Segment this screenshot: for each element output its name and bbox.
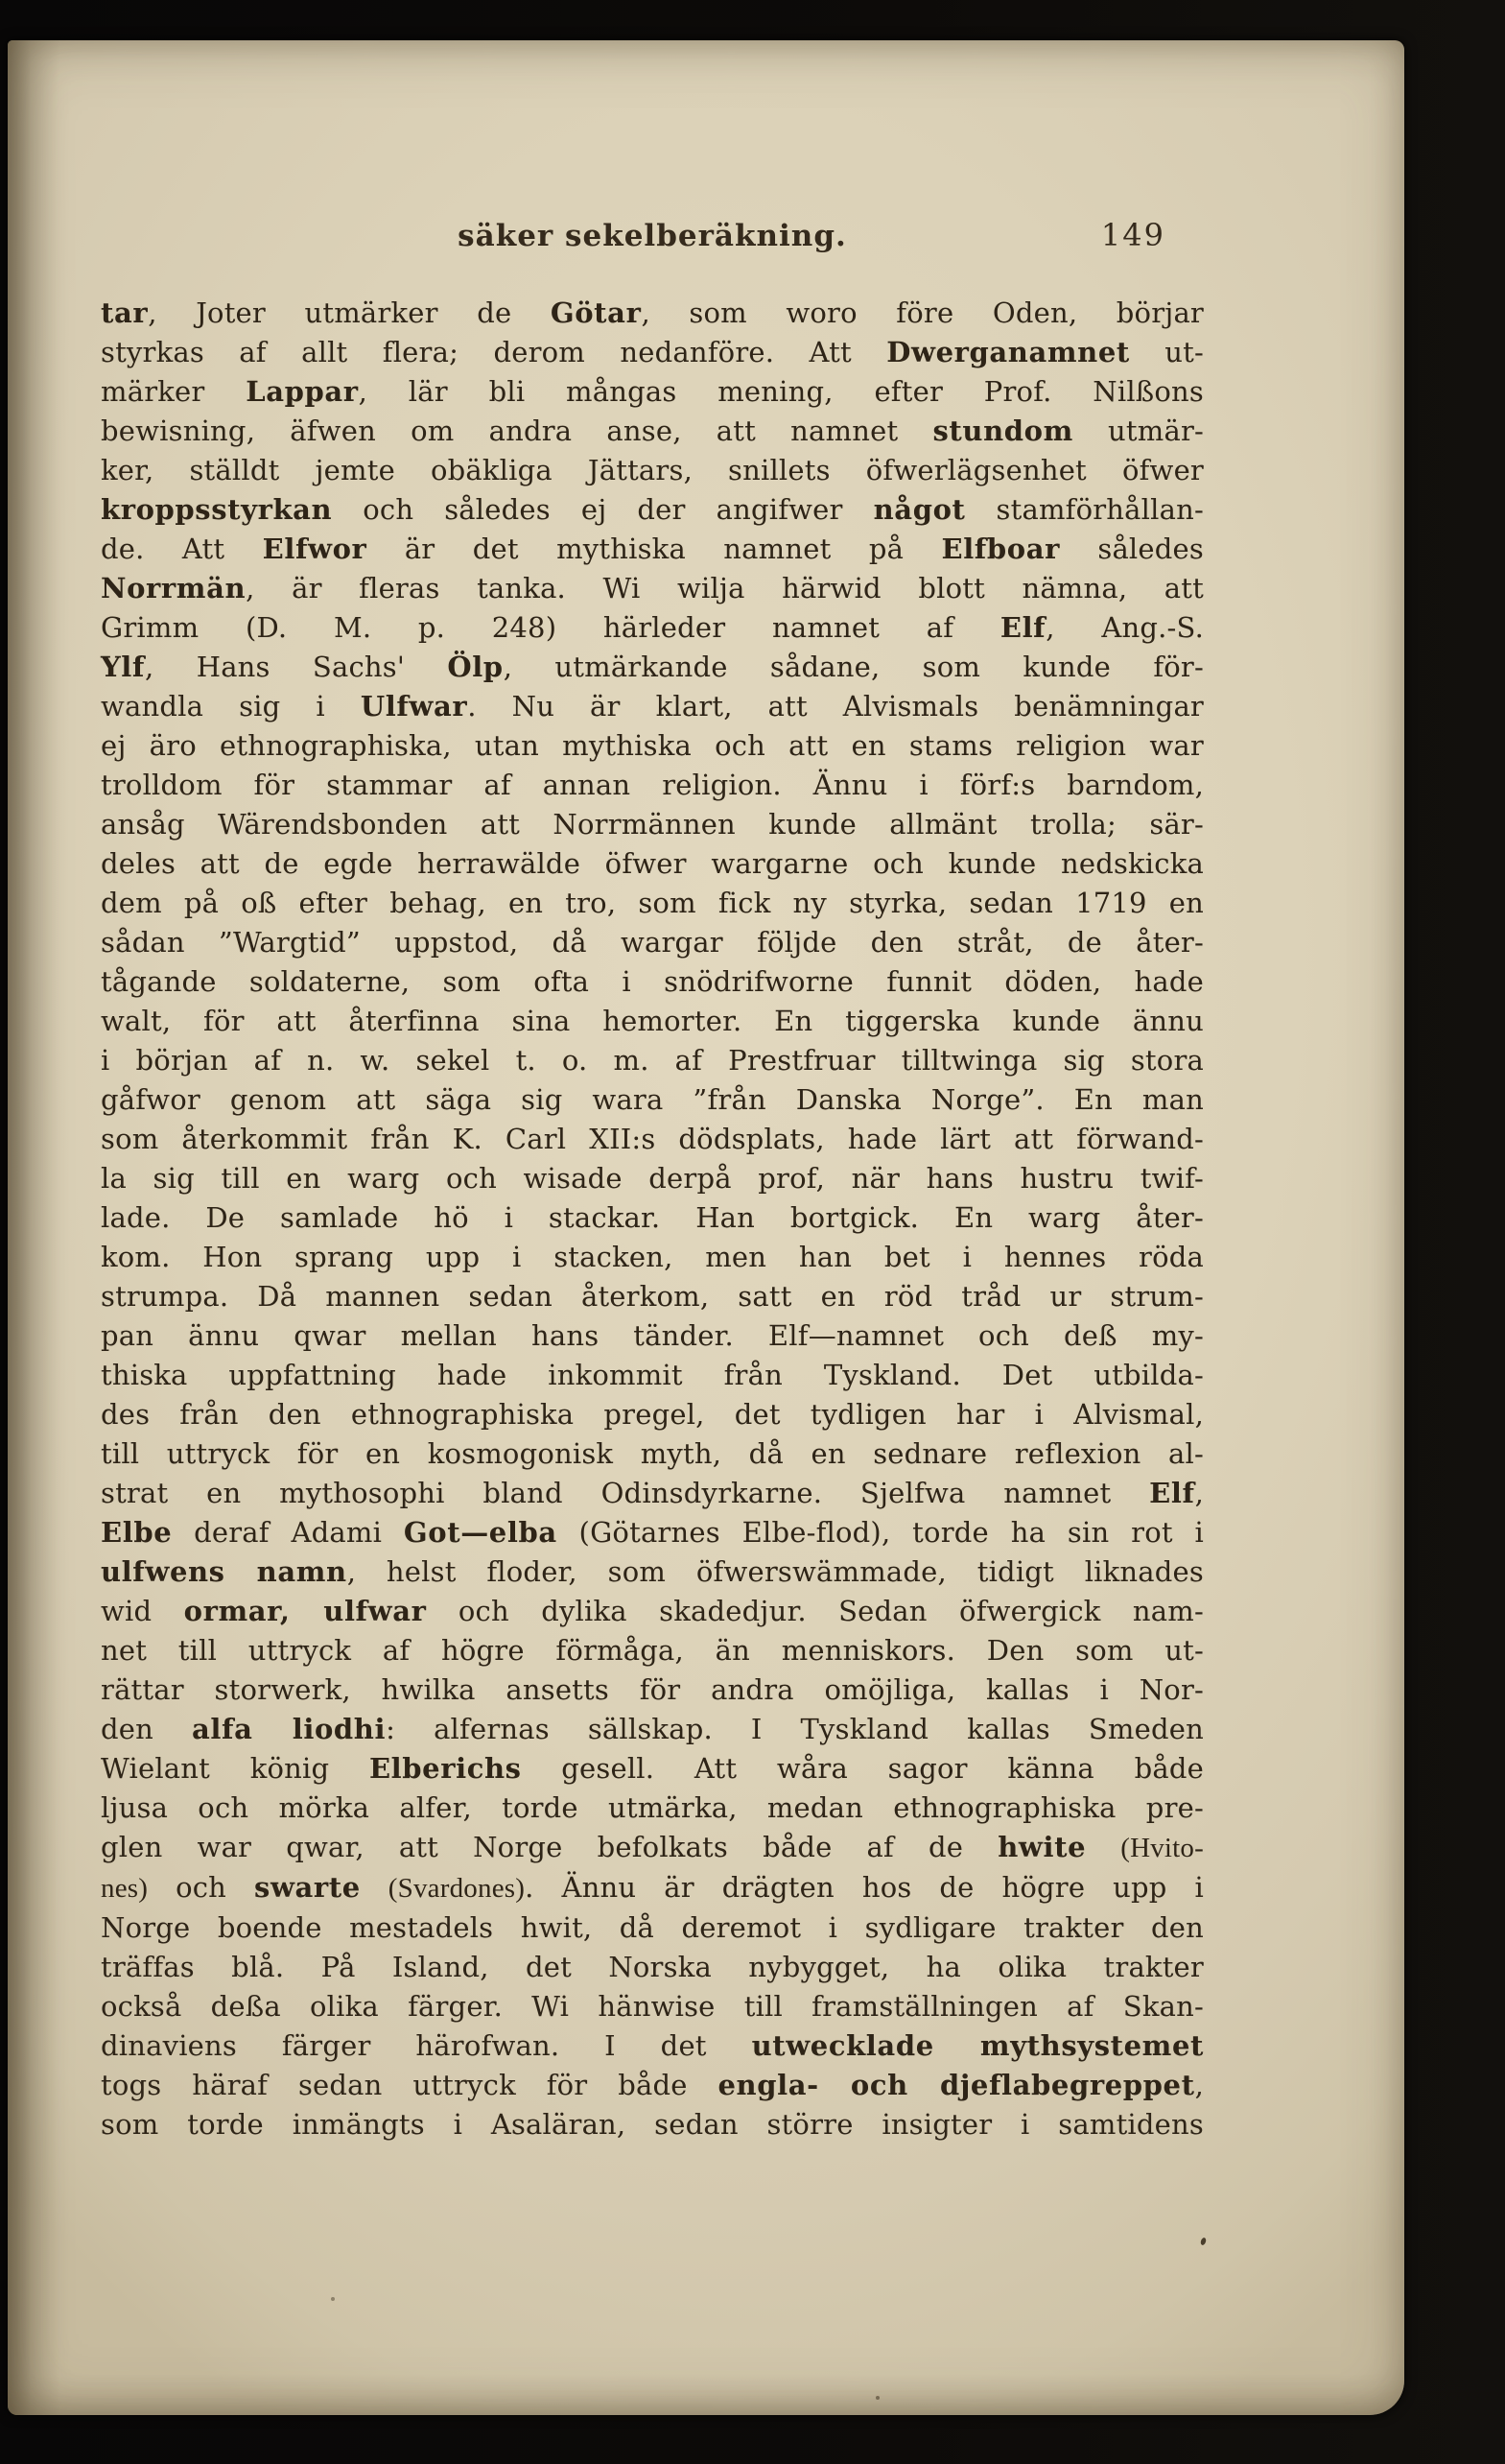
text-line: träffas blå. På Island, det Norska nybyg… (101, 1948, 1204, 1987)
text-line: la sig till en warg och wisade derpå pro… (101, 1159, 1204, 1198)
text-line: tar, Joter utmärker de Götar, som woro f… (101, 294, 1204, 333)
text-line: ljusa och mörka alfer, torde utmärka, me… (101, 1789, 1204, 1828)
text-line: wandla sig i Ulfwar. Nu är klart, att Al… (101, 687, 1204, 726)
text-line: Elbe deraf Adami Got—elba (Götarnes Elbe… (101, 1513, 1204, 1552)
text-line: rättar storwerk, hwilka ansetts för andr… (101, 1670, 1204, 1710)
text-line: lade. De samlade hö i stackar. Han bortg… (101, 1198, 1204, 1238)
text-line: bewisning, äfwen om andra anse, att namn… (101, 412, 1204, 451)
text-line: tågande soldaterne, som ofta i snödrifwo… (101, 962, 1204, 1002)
emphasized-word: något (874, 493, 966, 526)
text-line: wid ormar, ulfwar och dylika skadedjur. … (101, 1592, 1204, 1631)
text-line: sådan ”Wargtid” uppstod, då wargar följd… (101, 923, 1204, 962)
page-number: 149 (1101, 217, 1165, 253)
emphasized-word: Norrmän (101, 572, 246, 604)
text-line: nes) och swarte (Svardones). Ännu är drä… (101, 1868, 1204, 1908)
text-line: strat en mythosophi bland Odinsdyrkarne.… (101, 1474, 1204, 1513)
text-line: ker, ställdt jemte obäkliga Jättars, sni… (101, 451, 1204, 490)
emphasized-word: Elf (1149, 1477, 1194, 1509)
emphasized-word: Got—elba (404, 1516, 557, 1549)
paper-speck (876, 2396, 880, 2400)
emphasized-word: swarte (254, 1871, 361, 1904)
text-line: strumpa. Då mannen sedan återkom, satt e… (101, 1277, 1204, 1316)
book-page: säker sekelberäkning. 149 tar, Joter utm… (8, 40, 1404, 2415)
emphasized-word: Elfwor (263, 533, 367, 565)
text-line: Ylf, Hans Sachs' Ölp, utmärkande sådane,… (101, 648, 1204, 687)
latin-word: nes) (101, 1873, 148, 1904)
scanned-book-page: { "page": { "header_title": "säker sekel… (0, 0, 1505, 2464)
text-line: Norrmän, är fleras tanka. Wi wilja härwi… (101, 569, 1204, 608)
emphasized-word: ormar, ulfwar (184, 1595, 427, 1627)
text-line: des från den ethnographiska pregel, det … (101, 1395, 1204, 1434)
text-line: trolldom för stammar af annan religion. … (101, 766, 1204, 805)
paper-speck (331, 2297, 335, 2301)
text-line: deles att de egde herrawälde öfwer warga… (101, 844, 1204, 884)
text-line: Norge boende mestadels hwit, då deremot … (101, 1908, 1204, 1948)
text-line: märker Lappar, lär bli mångas mening, ef… (101, 372, 1204, 412)
emphasized-word: tar (101, 296, 148, 329)
text-line: dem på oß efter behag, en tro, som fick … (101, 884, 1204, 923)
text-line: också deßa olika färger. Wi hänwise till… (101, 1987, 1204, 2026)
text-line: net till uttryck af högre förmåga, än me… (101, 1631, 1204, 1670)
text-line: som återkommit från K. Carl XII:s dödspl… (101, 1120, 1204, 1159)
emphasized-word: hwite (998, 1831, 1086, 1863)
text-line: till uttryck för en kosmogonisk myth, då… (101, 1434, 1204, 1474)
emphasized-word: Ulfwar (361, 690, 467, 723)
emphasized-word: Elf (1000, 611, 1046, 644)
emphasized-word: Lappar (246, 375, 358, 408)
emphasized-word: stundom (932, 415, 1072, 447)
emphasized-word: Ölp (447, 651, 503, 683)
body-text: tar, Joter utmärker de Götar, som woro f… (101, 294, 1204, 2144)
text-line: kom. Hon sprang upp i stacken, men han b… (101, 1238, 1204, 1277)
text-line: de. Att Elfwor är det mythiska namnet på… (101, 530, 1204, 569)
text-line: som torde inmängts i Asaläran, sedan stö… (101, 2105, 1204, 2144)
text-line: pan ännu qwar mellan hans tänder. Elf—na… (101, 1316, 1204, 1356)
latin-word: (Svardones) (388, 1873, 525, 1904)
text-line: ansåg Wärendsbonden att Norrmännen kunde… (101, 805, 1204, 844)
latin-word: (Hvito- (1120, 1833, 1204, 1863)
emphasized-word: engla- och djeflabegreppet (718, 2069, 1195, 2101)
emphasized-word: Elbe (101, 1516, 172, 1549)
text-line: togs häraf sedan uttryck för både engla-… (101, 2066, 1204, 2105)
text-line: ulfwens namn, helst floder, som öfwerswä… (101, 1552, 1204, 1592)
text-line: thiska uppfattning hade inkommit från Ty… (101, 1356, 1204, 1395)
text-line: Grimm (D. M. p. 248) härleder namnet af … (101, 608, 1204, 648)
text-line: den alfa liodhi: alfernas sällskap. I Ty… (101, 1710, 1204, 1749)
emphasized-word: alfa liodhi (192, 1713, 386, 1745)
emphasized-word: Elberichs (369, 1752, 522, 1785)
paper-speck (1200, 2237, 1207, 2245)
text-line: ej äro ethnographiska, utan mythiska och… (101, 726, 1204, 766)
text-line: glen war qwar, att Norge befolkats både … (101, 1828, 1204, 1868)
text-line: Wielant könig Elberichs gesell. Att wåra… (101, 1749, 1204, 1789)
emphasized-word: Ylf (101, 651, 145, 683)
text-line: styrkas af allt flera; derom nedanföre. … (101, 333, 1204, 372)
text-line: dinaviens färger härofwan. I det utweckl… (101, 2026, 1204, 2066)
text-line: walt, för att återfinna sina hemorter. E… (101, 1002, 1204, 1041)
emphasized-word: kroppsstyrkan (101, 493, 332, 526)
emphasized-word: ulfwens namn (101, 1555, 347, 1588)
emphasized-word: Elfboar (941, 533, 1060, 565)
emphasized-word: Götar (551, 296, 642, 329)
emphasized-word: Dwerganamnet (886, 336, 1130, 368)
page-header: säker sekelberäkning. 149 (101, 219, 1204, 265)
text-line: kroppsstyrkan och således ej der angifwe… (101, 490, 1204, 530)
text-line: gåfwor genom att säga sig wara ”från Dan… (101, 1080, 1204, 1120)
text-line: i början af n. w. sekel t. o. m. af Pres… (101, 1041, 1204, 1080)
emphasized-word: utwecklade mythsystemet (752, 2029, 1204, 2062)
running-header: säker sekelberäkning. (101, 219, 1204, 253)
